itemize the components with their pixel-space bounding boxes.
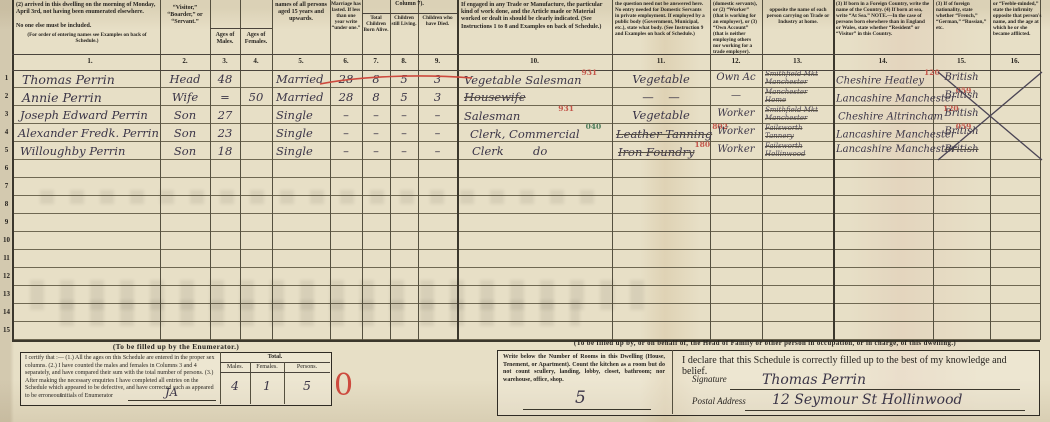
header-col6-years-married: Marriage has lasted. If less than one ye… [331,2,361,32]
years-married-cell: – [330,108,362,124]
total-males: 4 [221,378,249,394]
row-number: 15 [1,326,12,334]
header-col13-at-home: opposite the name of each person carryin… [765,8,831,26]
marital-cell: Married [276,72,330,88]
birthplace-text: Cheshire Heatley [836,75,924,86]
column-number: 15. [933,57,990,65]
age-male-cell: 18 [210,144,240,160]
certify-intro: I certify that :— [25,355,64,361]
column-number: 2. [166,57,204,65]
relationship-cell: Son [162,144,208,160]
birthplace-cell: Lancashire Manchester059 [836,126,932,142]
header-col15-nationality: (3) If of foreign nationality, state whe… [936,2,987,32]
signature-value: Thomas Perrin [762,372,982,388]
ink-bleed-through [40,190,600,204]
column-number: 10. [457,57,612,65]
occupation-code: 040 [586,122,602,131]
col-divider [990,0,991,340]
children-died-cell: 3 [418,72,457,88]
children-died-cell: 3 [418,90,457,106]
col-divider [710,0,711,340]
children-living-cell: 5 [390,90,418,106]
workplace-line: Failsworth [765,142,803,150]
header-col7-born-alive: Total Children Born Alive. [363,16,389,34]
header-col16-infirmity: or “Feeble-minded,” state the infirmity … [993,2,1043,38]
header-col3-ages-males: Ages of Males. [211,32,239,46]
header-col1-no-one-else: No one else must be included. [16,23,158,30]
row-number: 8 [1,200,12,208]
workplace-line: Failsworth [765,124,803,132]
years-married-cell: – [330,144,362,160]
relationship-cell: Son [162,108,208,124]
name-cell: Joseph Edward Perrin [20,108,160,124]
column-number: 7. [362,57,390,65]
males-label: Males. [221,364,249,372]
enumerator-box-title: (To be filled up by the Enumerator.) [20,342,332,351]
employment-cell: — [711,90,761,106]
row-number: 10 [1,236,12,244]
workplace-cell: FailsworthHollinwood [765,142,831,160]
children-died-cell: – [418,108,457,124]
children-died-cell: – [418,144,457,160]
birthplace-text: Cheshire Altrincham [838,111,943,122]
years-married-cell: 28 [330,72,362,88]
header-col14-birthplace: (3) If born in a Foreign Country, write … [836,2,930,38]
age-male-cell: 27 [210,108,240,124]
age-male-cell: 23 [210,126,240,142]
birthplace-cell: Cheshire Altrincham120 [838,108,932,124]
row-number: 3 [1,110,12,118]
column-number: 12. [710,57,762,65]
header-col4-ages-females: Ages of Females. [241,32,271,46]
marital-cell: Single [276,108,330,124]
children-born-cell: 8 [362,90,390,106]
totals-line [220,362,330,363]
workplace-line: Manchester [765,88,807,96]
workplace-line: Smithfield Mkt [765,70,818,78]
column-number: 5. [272,57,330,65]
occupation-cell: Clerk do [472,144,610,160]
column-number: 6. [330,57,362,65]
signature-line [730,389,1020,390]
header-col7-group: Column 7). [362,1,457,8]
females-label: Females. [251,364,283,372]
header-col1-order-note: (For order of entering names see Example… [16,33,158,45]
occupation-text: Salesman [464,109,520,123]
employment-cell: Own Ac [711,72,761,88]
marital-cell: Single [276,144,330,160]
name-cell: Annie Perrin [22,90,158,106]
workplace-cell: FailsworthTannery [765,124,831,142]
children-born-cell: – [362,144,390,160]
relationship-cell: Son [162,126,208,142]
years-married-cell: 28 [330,90,362,106]
occupation-text: Clerk, Commercial [470,127,580,141]
name-cell: Alexander Fredk. Perrin [18,126,160,142]
industry-text: Iron Foundry [618,145,694,159]
workplace-line: Tannery [765,132,794,140]
industry-code: 180 [694,140,710,149]
column-number: 9. [418,57,457,65]
column-number: 16. [990,57,1040,65]
column-number: 3. [210,57,240,65]
col-divider [833,0,835,340]
row-number: 13 [1,290,12,298]
industry-cell: Iron Foundry180 [618,144,708,160]
relationship-cell: Wife [162,90,208,106]
workplace-line: Smithfield Mkt [765,106,818,114]
signature-label: Signature [692,374,727,384]
number-row-line [12,70,1040,71]
rooms-instruction: Write below the Number of Rooms in this … [503,354,665,384]
column-number: 8. [390,57,418,65]
age-male-cell: = [210,90,240,106]
total-persons: 5 [285,378,329,394]
children-born-cell: – [362,126,390,142]
name-cell: Willoughby Perrin [20,144,160,160]
certify-item-2: (2.) I have counted the males and female… [25,363,203,377]
persons-label: Persons. [285,364,329,372]
table-border-right [1040,0,1041,340]
row-number: 9 [1,218,12,226]
postal-address-value: 12 Seymour St Hollinwood [772,392,1032,408]
children-living-cell: – [390,126,418,142]
header-col9-have-died: Children who have Died. [419,16,456,28]
workplace-line: Home [765,96,786,104]
children-subheader-line [362,13,457,14]
col-divider [762,0,763,340]
ages-box-line [210,28,272,29]
header-bottom-line [12,54,1040,55]
row-number: 14 [1,308,12,316]
head-box-divider [672,350,673,414]
industry-cell: Vegetable [614,72,708,88]
industry-cell: — — [614,90,708,106]
workplace-line: Hollinwood [765,150,805,158]
header-col12-employment-status: (domestic servants), or (2) “Worker” (th… [713,2,760,56]
row-number: 11 [1,254,12,262]
column-number: 11. [612,57,710,65]
row-number: 5 [1,146,12,154]
row-number: 7 [1,182,12,190]
census-schedule-scan: (2) arrived in this dwelling on the morn… [0,0,1050,422]
nationality-cell: British [934,144,989,160]
total-females: 1 [251,378,283,394]
col-divider [933,0,934,340]
birthplace-cell: Cheshire Heatley120 [836,72,932,88]
rooms-line [523,409,651,410]
column-number: 13. [762,57,833,65]
industry-text: Leather Tanning [616,127,712,141]
industry-cell: Vegetable [614,108,708,124]
age-female-cell: 50 [240,90,272,106]
postal-address-label: Postal Address [692,396,746,406]
workplace-cell: Smithfield MktManchester [765,106,831,124]
marital-cell: Single [276,126,330,142]
nationality-cell: British [934,126,989,142]
red-check-mark: 0 [334,368,360,402]
occupation-cell: Housewife [464,90,610,106]
row-number: 2 [1,92,12,100]
head-section-title: (To be filled up by, or on behalf of, th… [490,340,1040,347]
children-died-cell: – [418,126,457,142]
totals-line [220,372,330,373]
row-number: 6 [1,164,12,172]
workplace-cell: ManchesterHome [765,88,831,106]
workplace-line: Manchester [765,78,807,86]
header-col1-instruction: (2) arrived in this dwelling on the morn… [16,2,158,16]
occupation-cell: Clerk, Commercial040 [470,126,610,142]
age-male-cell: 48 [210,72,240,88]
workplace-line: Manchester [765,114,807,122]
occupation-code: 931 [582,68,598,77]
marital-cell: Married [276,90,330,106]
totals-header: Total. [220,354,330,362]
column-number: 1. [60,57,120,65]
postal-address-line [745,410,1025,411]
children-born-cell: 8 [362,72,390,88]
row-number: 4 [1,128,12,136]
header-col8-still-living: Children still Living. [391,16,417,28]
workplace-cell: Smithfield MktManchester [765,70,831,88]
header-col5-marriage: names of all persons aged 15 years and u… [274,2,328,24]
header-col2-relationship: “Visitor,” “Boarder,” or “Servant.” [162,5,208,27]
years-married-cell: – [330,126,362,142]
header-col10-occupation: If engaged in any Trade or Manufacture, … [461,2,609,31]
children-living-cell: 5 [390,72,418,88]
table-border-left [12,0,14,340]
occupation-cell: Vegetable Salesman931 [464,72,610,88]
children-born-cell: – [362,108,390,124]
children-living-cell: – [390,108,418,124]
birthplace-cell: Lancashire Manchester [836,144,932,160]
rooms-value: 5 [575,388,605,404]
row-number: 12 [1,272,12,280]
enumerator-initials: JA [165,385,205,401]
name-cell: Thomas Perrin [22,72,158,88]
children-living-cell: – [390,144,418,160]
birthplace-cell: Lancashire Manchester059 [836,90,932,106]
column-number: 14. [833,57,933,65]
column-number: 4. [240,57,272,65]
occupation-text: Vegetable Salesman [464,73,582,87]
ink-bleed-through [60,300,580,326]
header-col11-industry: the question need not be answered here. … [615,2,707,38]
employment-cell: Worker [711,144,761,160]
relationship-cell: Head [162,72,208,88]
row-number: 1 [1,74,12,82]
occupation-code: 931 [558,104,574,113]
employment-cell: Worker [711,126,761,142]
